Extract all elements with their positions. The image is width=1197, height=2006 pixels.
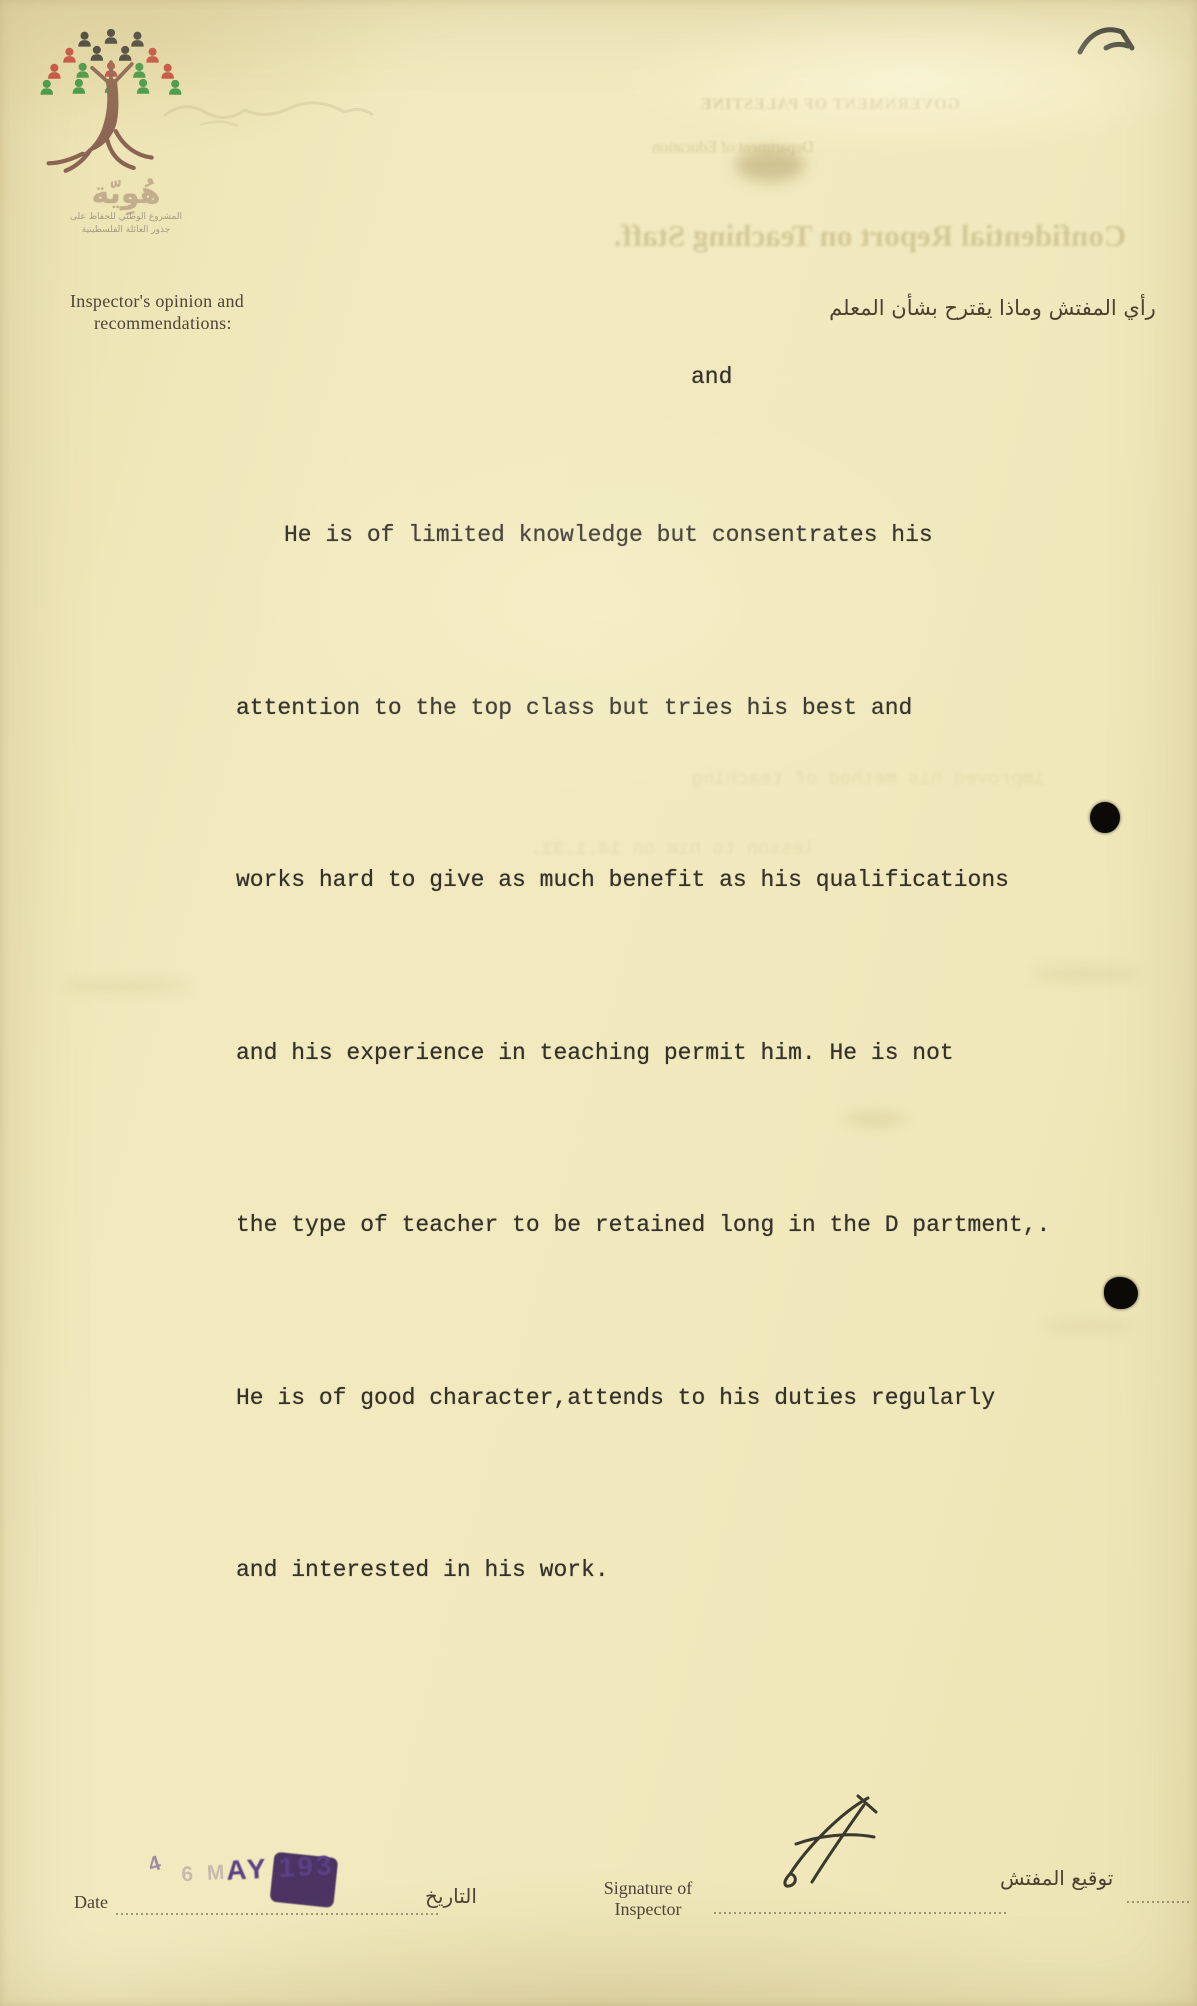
- inspector-opinion-label-line1: Inspector's opinion and: [70, 290, 244, 312]
- date-label: Date: [74, 1892, 108, 1913]
- scanned-document-page: هُوِيّة المشروع الوطني للحفاظ على جذور ا…: [0, 0, 1197, 2006]
- ghost-confidential-title: Confidential Report on Teaching Staff.: [575, 218, 1165, 254]
- signature-fill-line-end: [1127, 1901, 1191, 1903]
- logo-wordmark: هُوِيّة: [26, 176, 226, 211]
- typed-line: and his experience in teaching permit hi…: [236, 1025, 1050, 1083]
- family-tree-logo-icon: [26, 24, 196, 174]
- inspector-opinion-label-arabic: رأي المفتش وماذا يقترح بشأن المعلم: [820, 296, 1165, 320]
- ghost-government-line: GOVERNMENT OF PALESTINE: [690, 96, 970, 114]
- ink-punch-dot: [1104, 1277, 1138, 1309]
- ghost-department-line: Department of Education: [608, 139, 858, 157]
- ghost-body-line1: improved his method of teaching: [225, 768, 1045, 790]
- tree-trunk: [49, 62, 152, 171]
- logo-tagline-line2: جذور العائلة الفلسطينية: [26, 224, 226, 237]
- stamp-faint-part: 6 M: [181, 1861, 229, 1887]
- typed-line: He is of limited knowledge but consentra…: [236, 507, 1050, 565]
- signature-of-inspector-label: Signature of Inspector: [578, 1878, 718, 1920]
- inspector-opinion-label: Inspector's opinion and recommendations:: [70, 290, 244, 334]
- inspector-opinion-label-line2: recommendations:: [94, 312, 244, 334]
- faint-smudge: [1040, 1320, 1135, 1332]
- inspector-signature-mark: [772, 1790, 887, 1890]
- ink-punch-dot: [1090, 802, 1120, 833]
- date-label-arabic: التاريخ: [425, 1884, 477, 1908]
- huwiyya-logo: هُوِيّة المشروع الوطني للحفاظ على جذور ا…: [26, 24, 226, 237]
- typed-line: attention to the top class but tries his…: [236, 680, 1050, 738]
- signature-label-line1: Signature of: [578, 1878, 718, 1899]
- typed-paragraph: He is of limited knowledge but consentra…: [236, 392, 1050, 1715]
- typed-line: the type of teacher to be retained long …: [236, 1197, 1050, 1255]
- signature-label-arabic: توقيع المفتش: [1000, 1866, 1113, 1890]
- date-stamp: 4 6 M AY 193: [122, 1840, 366, 1927]
- logo-tagline-line1: المشروع الوطني للحفاظ على: [26, 211, 226, 224]
- signature-fill-line: [714, 1912, 1006, 1914]
- signature-label-line2: Inspector: [578, 1899, 718, 1920]
- stamp-text: AY 193: [225, 1849, 335, 1887]
- corner-ink-mark: [1072, 18, 1144, 66]
- ghost-body-line2: lesson to him on 14.1.31.: [295, 838, 815, 860]
- typed-inserted-word: and: [691, 364, 732, 390]
- faint-smudge: [62, 980, 192, 992]
- typed-line: works hard to give as much benefit as hi…: [236, 852, 1050, 910]
- stamp-prefix: 4: [146, 1851, 164, 1877]
- typed-line: He is of good character,attends to his d…: [236, 1370, 1050, 1428]
- typed-line: and interested in his work.: [236, 1542, 1050, 1600]
